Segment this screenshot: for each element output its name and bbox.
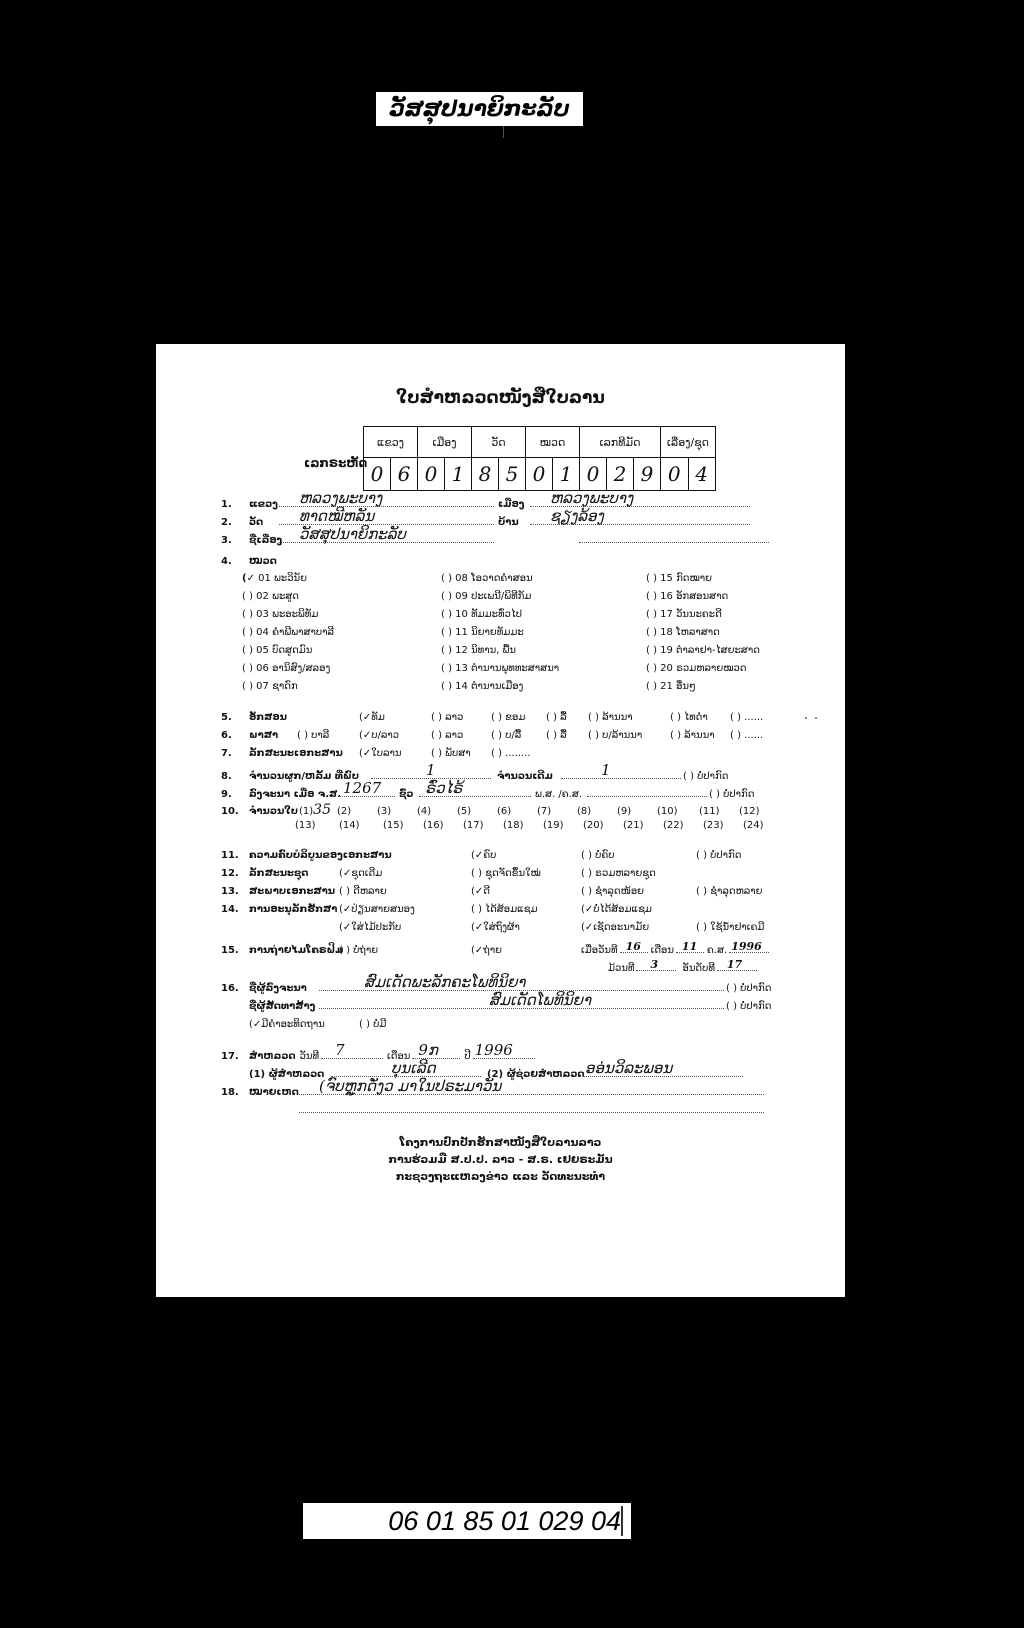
field-number: 12. [221, 868, 249, 879]
condition-option[interactable]: ( ) ຊຳລຸດຫລາຍ [696, 886, 763, 897]
folio-item[interactable]: (6) [497, 806, 537, 817]
code-digit: 5 [499, 458, 526, 491]
script-option[interactable]: ( ) ລື້ [546, 712, 588, 723]
condition-label: ສະພາບເອກະສານ [249, 886, 339, 897]
author-field[interactable]: ສົມເດັດພະລັກຄະໂພທິນິຍາ [319, 978, 724, 991]
field-microfilm-row: 15. ການຖ່າຍໄມໂຄຣຟິມ ( ) ບໍ່ຖ່າຍ (✓ຖ່າຍ ເ… [221, 940, 769, 956]
condition-option[interactable]: ( ) ຊຳລຸດໜ້ອຍ [581, 886, 696, 897]
language-label: ພາສາ [249, 730, 297, 741]
code-digit: 0 [580, 458, 607, 491]
microfilm-day-value: 16 [626, 940, 641, 953]
category-option[interactable]: ( ) 20 ຣວມຫລາຍໝວດ [646, 663, 747, 674]
cycle-value: ຣົ່ວໄຣ້ [425, 779, 462, 797]
field-language-row: 6. ພາສາ ( ) ບາລີ (✓ບ/ລາວ ( ) ລາວ ( ) ບ/ລ… [221, 730, 763, 741]
village-field[interactable]: ຊຽງລ້ອງ [530, 512, 750, 525]
field-folios-row: 10. ຈຳນວນໃບ (1)35 (2) (3) (4) (5) (6) (7… [221, 802, 760, 818]
set-type-option[interactable]: (✓ຊຸດເດີມ [339, 868, 471, 879]
field-number: 1. [221, 499, 249, 510]
conservation-option[interactable]: (✓ບໍ່ໄດ້ສ້ອມແຊມ [581, 904, 652, 915]
field-conservation-row: 14. ການອະນຸລັກຮັກສາ (✓ປ່ຽນສາຍສນອງ ( ) ໄດ… [221, 904, 652, 915]
folio-item[interactable]: (11) [699, 806, 739, 817]
category-option[interactable]: ( ) 18 ໂຫລາສາດ [646, 627, 720, 638]
code-digit: 0 [364, 458, 391, 491]
sponsor-value: ສົມເດັດໂພທິນິຍາ [489, 991, 591, 1009]
sequence-label: ອັນດັບທີ [682, 963, 714, 974]
code-label: ເລກຣະຫັດ [304, 456, 367, 470]
microfilm-year-label: ຄ.ສ. [707, 945, 727, 956]
code-header-district: ເມືອງ [418, 427, 472, 458]
code-digit: 2 [607, 458, 634, 491]
field-completeness-row: 11. ຄວາມຄົບບໍລິບູນຂອງເອກະສານ (✓ຄົບ ( ) ບ… [221, 850, 741, 861]
field-category-row: 4. ໝວດ [221, 556, 277, 567]
temple-field[interactable]: ທາດໝີຫລັນ [279, 512, 494, 525]
category-option[interactable]: ( ) 21 ອື່ນໆ [646, 681, 696, 692]
district-label: ເມືອງ [498, 499, 530, 510]
microfilm-month-value: 11 [682, 940, 697, 953]
organization-footer: ໂຄງການປົກປັກຮັກສາໜັງສືໃບລານລາວ ການຮ່ວມມື… [156, 1134, 845, 1185]
microfilm-option[interactable]: ( ) ບໍ່ຖ່າຍ [339, 945, 471, 956]
surveyor-field[interactable]: ບຸນເລີດ [331, 1064, 481, 1077]
field-number: 13. [221, 886, 249, 897]
conservation-option[interactable]: ( ) ໄດ້ສ້ອມແຊມ [471, 904, 581, 915]
code-digit: 9 [634, 458, 661, 491]
cycle-label: ຊົ່ວ [399, 789, 419, 800]
assistant-label: (2) ຜູ້ຊ່ວຍສຳຫລວດ [487, 1069, 583, 1080]
category-option[interactable]: ( ) 19 ຕຳລາຢາ-ໄສຍະສາດ [646, 645, 760, 656]
folio-item[interactable]: (3) [377, 806, 417, 817]
folio-item[interactable]: (14) [339, 820, 383, 831]
date-unknown-option[interactable]: ( ) ບໍ່ປາກົດ [709, 789, 754, 800]
prayer-yes-option[interactable]: (✓ມີຄຳອະທິດຖານ [249, 1019, 359, 1030]
surveyor-value: ບຸນເລີດ [391, 1059, 436, 1077]
folio-item[interactable]: (15) [383, 820, 423, 831]
set-type-option[interactable]: ( ) ຊຸດຈັດຂຶ້ນໃໝ່ [471, 868, 581, 879]
category-option[interactable]: ( ) 14 ຕຳນານເມືອງ [441, 681, 523, 692]
sequence-value: 17 [727, 958, 742, 971]
village-label: ບ້ານ [498, 517, 530, 528]
header-tick-mark [503, 126, 504, 138]
village-value: ຊຽງລ້ອງ [550, 507, 604, 525]
field-number: 10. [221, 806, 249, 817]
category-option[interactable]: ( ) 08 ໂອວາດຄຳສອນ [441, 573, 533, 584]
survey-year-value: 1996 [475, 1041, 513, 1059]
code-header-category: ໝວດ [526, 427, 580, 458]
set-type-label: ລັກສະນະຊຸດ [249, 868, 339, 879]
org-line: ການຮ່ວມມື ສ.ປ.ປ. ລາວ - ສ.ຣ. ເຢຍຣະມັນ [156, 1151, 845, 1168]
field-number: 14. [221, 904, 249, 915]
field-number: 9. [221, 789, 249, 800]
folio-item[interactable]: (13) [295, 820, 339, 831]
roll-field[interactable]: 3 [636, 958, 676, 971]
microfilm-roll-row: ມ້ວນທີ 3 ອັນດັບທີ 17 [608, 958, 757, 974]
folio-item[interactable]: (23) [703, 820, 743, 831]
conservation-option[interactable]: (✓ໃສ່ໄມ້ປະກັບ [339, 922, 471, 933]
field-number: 8. [221, 771, 249, 782]
code-digit: 0 [661, 458, 689, 491]
code-digit: 1 [445, 458, 472, 491]
doc-type-label: ລັກສະນະເອກະສານ [249, 748, 359, 759]
assistant-field[interactable]: ອອ່ນວິລະພອນ [583, 1064, 743, 1077]
microfilm-year-field[interactable]: 1996 [729, 940, 769, 953]
folio-item[interactable]: (4) [417, 806, 457, 817]
document-code-caption: 06 01 85 01 029 04 [303, 1503, 631, 1539]
language-option[interactable]: ( ) ບ/ລ້ານນາ [588, 730, 670, 741]
cs-year-value: 1267 [343, 779, 381, 797]
microfilm-month-label: ເດືອນ [651, 945, 674, 956]
folio-item[interactable]: (24) [743, 820, 764, 831]
folio-item[interactable]: (12) [739, 806, 760, 817]
category-option[interactable]: ( ) 10 ທັມມະທົ່ວໄປ [441, 609, 522, 620]
temple-value: ທາດໝີຫລັນ [299, 507, 374, 525]
completeness-label: ຄວາມຄົບບໍລິບູນຂອງເອກະສານ [249, 850, 471, 861]
category-option[interactable]: (✓ 01 ພະວິນັຍ [242, 573, 307, 584]
code-digit: 1 [553, 458, 580, 491]
folio-item[interactable]: (16) [423, 820, 463, 831]
district-value: ຫລວງພະບາງ [550, 489, 633, 507]
remarks-field-extra[interactable] [299, 1100, 764, 1113]
folio-item[interactable]: (9) [617, 806, 657, 817]
scan-speck [805, 717, 807, 719]
category-option[interactable]: ( ) 07 ຊາດົກ [242, 681, 298, 692]
field-number: 4. [221, 556, 249, 567]
conservation-label: ການອະນຸລັກຮັກສາ [249, 904, 339, 915]
code-header-temple: ວັດ [472, 427, 526, 458]
field-number: 5. [221, 712, 249, 723]
folios-label: ຈຳນວນໃບ [249, 806, 299, 817]
field-script-row: 5. ອັກສອນ (✓ທັມ ( ) ລາວ ( ) ຂອມ ( ) ລື້ … [221, 712, 763, 723]
code-header-province: ແຂວງ [364, 427, 418, 458]
condition-option[interactable]: ( ) ດີຫລາຍ [339, 886, 471, 897]
doc-type-option[interactable]: (✓ໃບລານ [359, 748, 431, 759]
conservation-option[interactable]: (✓ໃສ່ຖົງຜ້າ [471, 922, 581, 933]
category-option[interactable]: ( ) 03 ພະອະພິທັມ [242, 609, 318, 620]
remarks-label: ໝາຍເຫດ [249, 1087, 299, 1098]
count-original-value: 1 [601, 761, 611, 779]
category-option[interactable]: ( ) 09 ປະເພນີ/ພິທີກັມ [441, 591, 531, 602]
folio-item[interactable]: (2) [337, 806, 377, 817]
written-date-label: ລົງຈະນາ ເມື່ອ ຈ.ສ. [249, 789, 339, 800]
script-option[interactable]: ( ) ...... [730, 712, 763, 723]
code-header-title-set: ເລື່ອງ/ຊຸດ [661, 427, 716, 458]
folio-item[interactable]: (19) [543, 820, 583, 831]
folio-item[interactable]: (18) [503, 820, 543, 831]
caption-marker [621, 1506, 623, 1536]
field-doc-type-row: 7. ລັກສະນະເອກະສານ (✓ໃບລານ ( ) ພັບສາ ( ) … [221, 748, 531, 759]
temple-label: ວັດ [249, 517, 279, 528]
sequence-field[interactable]: 17 [717, 958, 757, 971]
district-field[interactable]: ຫລວງພະບາງ [530, 494, 750, 507]
code-digit: 8 [472, 458, 499, 491]
roll-label: ມ້ວນທີ [608, 963, 634, 974]
language-option[interactable]: ( ) ...... [730, 730, 763, 741]
condition-option[interactable]: (✓ດີ [471, 886, 581, 897]
code-grid: ແຂວງ ເມືອງ ວັດ ໝວດ ເລກທີມັດ ເລື່ອງ/ຊຸດ 0… [363, 426, 716, 491]
completeness-option[interactable]: (✓ຄົບ [471, 850, 581, 861]
script-label: ອັກສອນ [249, 712, 359, 723]
language-option[interactable]: ( ) ລ້ານນາ [670, 730, 730, 741]
survey-day-value: 7 [335, 1041, 345, 1059]
title-field[interactable]: ວັສສຸປນາຍິກະລັບ [279, 530, 494, 543]
code-header-bundle-no: ເລກທີມັດ [580, 427, 661, 458]
title-field-extra[interactable] [579, 530, 769, 543]
field-number: 6. [221, 730, 249, 741]
sponsor-unknown-option[interactable]: ( ) ບໍ່ປາກົດ [726, 1001, 771, 1012]
category-option[interactable]: ( ) 11 ນິຍາຍທັມມະ [441, 627, 524, 638]
org-line: ກະຊວງຖະແຫລງຂ່າວ ແລະ ວັດທະນະທຳ [156, 1168, 845, 1185]
category-option[interactable]: ( ) 02 ພະສູດ [242, 591, 299, 602]
author-value: ສົມເດັດພະລັກຄະໂພທິນິຍາ [364, 973, 525, 991]
set-type-option[interactable]: ( ) ຣວມຫລາຍຊຸດ [581, 868, 656, 879]
doc-type-option[interactable]: ( ) ........ [491, 748, 531, 759]
language-option[interactable]: ( ) ບ/ລື້ [491, 730, 546, 741]
script-option[interactable]: ( ) ລາວ [431, 712, 491, 723]
language-option[interactable]: ( ) ລື້ [546, 730, 588, 741]
folios-row-2: (13) (14) (15) (16) (17) (18) (19) (20) … [295, 820, 764, 831]
field-number: 17. [221, 1051, 249, 1062]
folio-item[interactable]: (22) [663, 820, 703, 831]
folio-item[interactable]: (7) [537, 806, 577, 817]
folio-item[interactable]: (21) [623, 820, 663, 831]
field-number: 18. [221, 1087, 249, 1098]
category-option[interactable]: ( ) 12 ນິທານ, ພື້ນ [441, 645, 516, 656]
language-option[interactable]: ( ) ລາວ [431, 730, 491, 741]
province-value: ຫລວງພະບາງ [299, 489, 382, 507]
province-label: ແຂວງ [249, 499, 279, 510]
field-condition-row: 13. ສະພາບເອກະສານ ( ) ດີຫລາຍ (✓ດີ ( ) ຊຳລ… [221, 886, 763, 897]
field-number: 15. [221, 945, 249, 956]
category-option[interactable]: ( ) 13 ຕຳນານພຸທທະສາສນາ [441, 663, 559, 674]
code-digit: 0 [526, 458, 553, 491]
cycle-field[interactable]: ຣົ່ວໄຣ້ [419, 784, 531, 797]
conservation-option[interactable]: ( ) ໃຊ້ນ້ຳຢາເຄມີ [696, 922, 764, 933]
remarks-field[interactable]: (ຈົບຫຼູກດັ່ງວ ມາໃນປຣະມາວັນ [299, 1082, 764, 1095]
sponsor-field[interactable]: ສົມເດັດໂພທິນິຍາ [319, 996, 724, 1009]
count-found-field[interactable]: 1 [371, 766, 491, 779]
conservation-option[interactable]: (✓ເຊັດອະນາມັຍ [581, 922, 696, 933]
org-line: ໂຄງການປົກປັກຮັກສາໜັງສືໃບລານລາວ [156, 1134, 845, 1151]
count-found-value: 1 [426, 761, 436, 779]
code-digit: 6 [391, 458, 418, 491]
folio-item[interactable]: (20) [583, 820, 623, 831]
be-ad-label: ພ.ສ. /ຄ.ສ. [535, 789, 587, 800]
count-original-label: ຈຳນວນເດີມ [497, 771, 561, 782]
be-ad-field[interactable] [587, 784, 707, 797]
category-option[interactable]: ( ) 05 ບົດສູດມົນ [242, 645, 312, 656]
field-number: 7. [221, 748, 249, 759]
author-unknown-option[interactable]: ( ) ບໍ່ປາກົດ [726, 983, 771, 994]
category-label: ໝວດ [249, 556, 277, 567]
field-title-row: 3. ຊື່ເລື່ອງ ວັສສຸປນາຍິກະລັບ [221, 530, 769, 546]
author-label: ຊື່ຜູ້ລົງຈະນາ [249, 983, 319, 994]
scan-speck [815, 717, 817, 719]
field-remarks-row: 18. ໝາຍເຫດ (ຈົບຫຼູກດັ່ງວ ມາໃນປຣະມາວັນ [221, 1082, 764, 1098]
script-option[interactable]: (✓ທັມ [359, 712, 431, 723]
microfilm-year-value: 1996 [731, 940, 762, 953]
microfilm-date-label: ເມື່ອວັນທີ [581, 945, 618, 956]
microfilm-month-field[interactable]: 11 [676, 940, 704, 953]
survey-year-field[interactable]: 1996 [473, 1046, 535, 1059]
category-option[interactable]: ( ) 17 ວັນນະຄະດີ [646, 609, 722, 620]
script-option[interactable]: ( ) ຂອມ [491, 712, 546, 723]
folio-item[interactable]: (10) [657, 806, 699, 817]
script-option[interactable]: ( ) ໄທດຳ [670, 712, 730, 723]
microfilm-day-field[interactable]: 16 [620, 940, 648, 953]
category-option[interactable]: ( ) 15 ກົດໝາຍ [646, 573, 712, 584]
province-field[interactable]: ຫລວງພະບາງ [279, 494, 494, 507]
folio-item[interactable]: (8) [577, 806, 617, 817]
survey-year-label: ປີ [464, 1051, 470, 1062]
field-number: 2. [221, 517, 249, 528]
field-number: 16. [221, 983, 249, 994]
field-number: 11. [221, 850, 249, 861]
roll-value: 3 [650, 958, 658, 971]
title-value: ວັສສຸປນາຍິກະລັບ [299, 525, 406, 543]
script-option[interactable]: ( ) ລ້ານນາ [588, 712, 670, 723]
title-label: ຊື່ເລື່ອງ [249, 535, 279, 546]
code-digit: 4 [688, 458, 716, 491]
prayer-no-option[interactable]: ( ) ບໍ່ມີ [359, 1019, 386, 1030]
microfilm-label: ການຖ່າຍໄມໂຄຣຟິມ [249, 945, 339, 956]
folio-item[interactable]: (5) [457, 806, 497, 817]
field-survey-date-row: 17. ສຳຫລວດ ວັນທີ 7 ເດືອນ 9ກ ປີ 1996 [221, 1046, 535, 1062]
count-unknown-option[interactable]: ( ) ບໍ່ປາກົດ [683, 771, 728, 782]
prayer-row: (✓ມີຄຳອະທິດຖານ ( ) ບໍ່ມີ [249, 1019, 386, 1030]
language-option[interactable]: (✓ບ/ລາວ [359, 730, 431, 741]
conservation-option[interactable]: (✓ປ່ຽນສາຍສນອງ [339, 904, 471, 915]
category-option[interactable]: ( ) 06 ອານິສົງ/ສລອງ [242, 663, 330, 674]
folio-item[interactable]: (1)35 [299, 802, 337, 818]
completeness-option[interactable]: ( ) ບໍ່ປາກົດ [696, 850, 741, 861]
field-count-row: 8. ຈຳນວນຜູກ/ຫລັ້ມ ທີ່ພົບ 1 ຈຳນວນເດີມ 1 (… [221, 766, 728, 782]
survey-label: ສຳຫລວດ [249, 1051, 296, 1062]
survey-month-value: 9ກ [418, 1041, 438, 1059]
sponsor-label: ຊື່ຜູ້ສັດທາສ້າງ [249, 1001, 319, 1012]
category-option[interactable]: ( ) 16 ອັກສອນສາດ [646, 591, 728, 602]
category-option[interactable]: ( ) 04 ຄຳພີພາສາບາລີ [242, 627, 334, 638]
remarks-value: (ຈົບຫຼູກດັ່ງວ ມາໃນປຣະມາວັນ [319, 1077, 501, 1095]
survey-form-sheet: ໃບສຳຫລວດໜັງສືໃບລານ ເລກຣະຫັດ ແຂວງ ເມືອງ ວ… [156, 344, 845, 1297]
microfilm-option[interactable]: (✓ຖ່າຍ [471, 945, 581, 956]
doc-type-option[interactable]: ( ) ພັບສາ [431, 748, 491, 759]
form-title: ໃບສຳຫລວດໜັງສືໃບລານ [156, 388, 845, 408]
remarks-row-2 [299, 1100, 764, 1113]
language-option[interactable]: ( ) ບາລີ [297, 730, 359, 741]
assistant-value: ອອ່ນວິລະພອນ [585, 1059, 672, 1077]
survey-month-field[interactable]: 9ກ [412, 1046, 460, 1059]
field-written-date-row: 9. ລົງຈະນາ ເມື່ອ ຈ.ສ. 1267 ຊົ່ວ ຣົ່ວໄຣ້ … [221, 784, 754, 800]
completeness-option[interactable]: ( ) ບໍ່ຄົບ [581, 850, 696, 861]
field-sponsor-row: ຊື່ຜູ້ສັດທາສ້າງ ສົມເດັດໂພທິນິຍາ ( ) ບໍ່ປ… [249, 996, 771, 1012]
cs-year-field[interactable]: 1267 [339, 784, 395, 797]
code-digit: 0 [418, 458, 445, 491]
conservation-row-2: (✓ໃສ່ໄມ້ປະກັບ (✓ໃສ່ຖົງຜ້າ (✓ເຊັດອະນາມັຍ … [339, 922, 764, 933]
field-set-type-row: 12. ລັກສະນະຊຸດ (✓ຊຸດເດີມ ( ) ຊຸດຈັດຂຶ້ນໃ… [221, 868, 656, 879]
folio-item[interactable]: (17) [463, 820, 503, 831]
survey-day-label: ວັນທີ [300, 1051, 319, 1062]
survey-day-field[interactable]: 7 [321, 1046, 383, 1059]
count-original-field[interactable]: 1 [561, 766, 681, 779]
field-number: 3. [221, 535, 249, 546]
document-header-label: ວັສສຸປນາຍິກະລັບ [376, 92, 583, 126]
